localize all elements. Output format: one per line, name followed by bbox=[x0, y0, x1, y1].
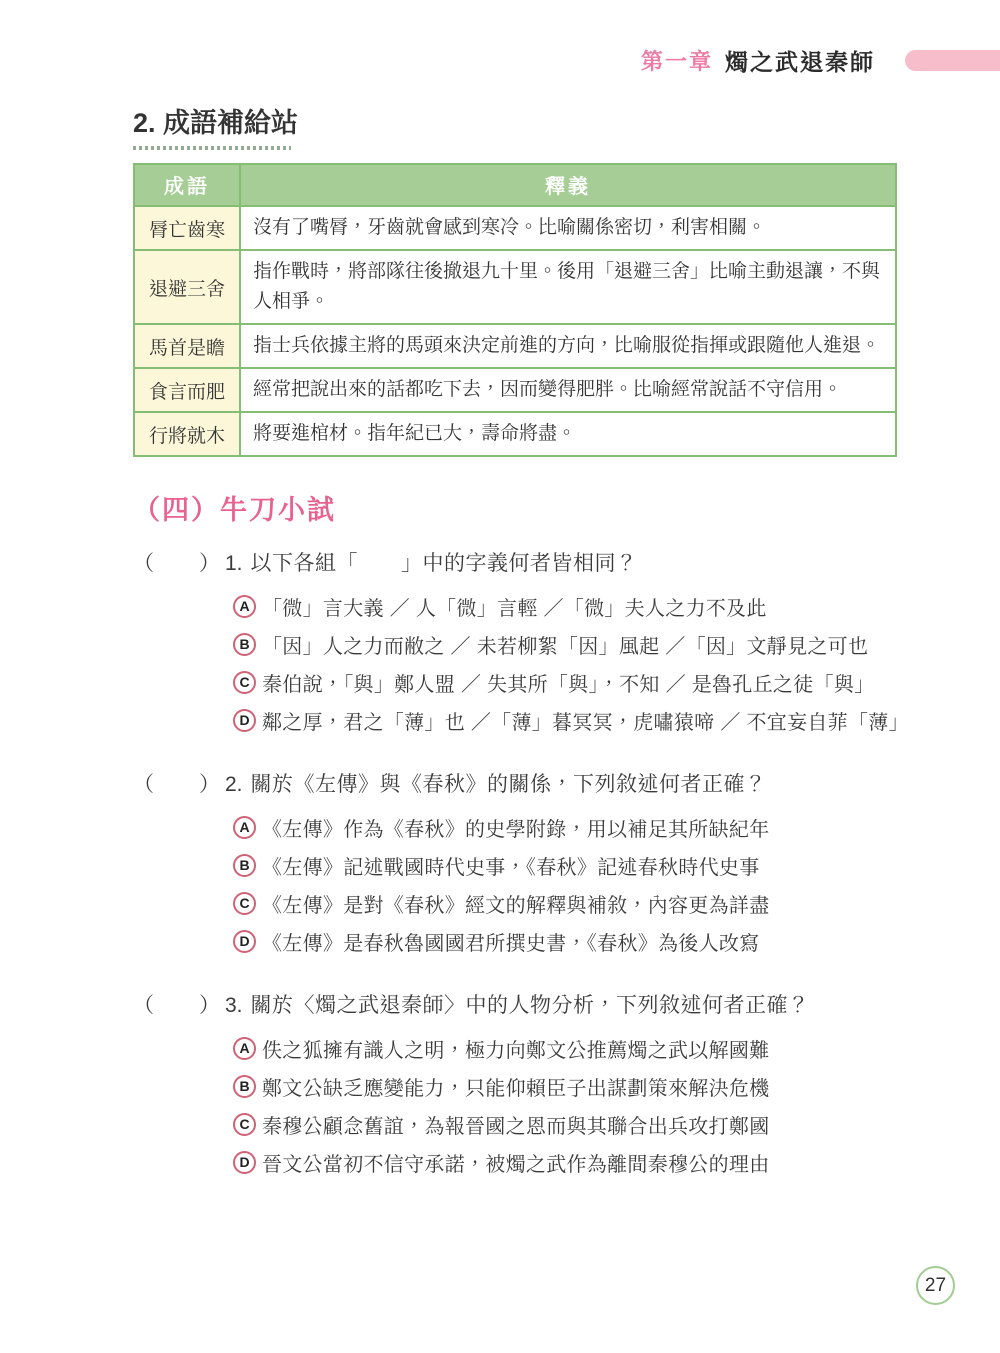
answer-blank: （ ） bbox=[133, 768, 221, 798]
question-stem: 關於〈燭之武退秦師〉中的人物分析，下列敘述何者正確？ bbox=[251, 989, 810, 1019]
option-a: A 佚之狐擁有識人之明，極力向鄭文公推薦燭之武以解國難 bbox=[233, 1029, 897, 1067]
option-letter-badge: D bbox=[233, 930, 256, 953]
option-list: A 「微」言大義 ／ 人「微」言輕 ／「微」夫人之力不及此 B 「因」人之力而敝… bbox=[233, 587, 897, 739]
option-text: 《左傳》是春秋魯國國君所撰史書，《春秋》為後人改寫 bbox=[262, 927, 760, 956]
table-row: 馬首是瞻 指士兵依據主將的馬頭來決定前進的方向，比喻服從指揮或跟隨他人進退。 bbox=[134, 324, 896, 368]
idiom-cell: 脣亡齒寒 bbox=[134, 206, 240, 250]
idiom-table: 成語 釋義 脣亡齒寒 沒有了嘴脣，牙齒就會感到寒冷。比喻關係密切，利害相關。 退… bbox=[133, 163, 897, 457]
question-stem: 關於《左傳》與《春秋》的關係，下列敘述何者正確？ bbox=[251, 768, 767, 798]
option-c: C 秦伯說，「與」鄭人盟 ／ 失其所「與」，不知 ／ 是魯孔丘之徒「與」 bbox=[233, 663, 897, 701]
option-letter-badge: D bbox=[233, 709, 256, 732]
question-number: 2. bbox=[225, 773, 243, 797]
option-text: 鄭文公缺乏應變能力，只能仰賴臣子出謀劃策來解決危機 bbox=[262, 1072, 770, 1101]
option-text: 秦伯說，「與」鄭人盟 ／ 失其所「與」，不知 ／ 是魯孔丘之徒「與」 bbox=[262, 668, 874, 697]
option-letter-badge: B bbox=[233, 633, 256, 656]
option-letter-badge: B bbox=[233, 854, 256, 877]
idiom-cell: 行將就木 bbox=[134, 412, 240, 456]
option-text: 「因」人之力而敝之 ／ 未若柳絮「因」風起 ／「因」文靜見之可也 bbox=[262, 630, 868, 659]
section-title-idioms: 2. 成語補給站 bbox=[133, 106, 897, 141]
quiz-section-title: （四）牛刀小試 bbox=[133, 488, 897, 527]
option-text: 《左傳》是對《春秋》經文的解釋與補敘，內容更為詳盡 bbox=[262, 889, 770, 918]
table-header-idiom: 成語 bbox=[134, 164, 240, 206]
question-number: 1. bbox=[225, 552, 243, 576]
answer-blank: （ ） bbox=[133, 989, 221, 1019]
question-1: （ ） 1. 以下各組「 」中的字義何者皆相同？ A 「微」言大義 ／ 人「微」… bbox=[133, 547, 897, 739]
meaning-cell: 將要進棺材。指年紀已大，壽命將盡。 bbox=[240, 412, 896, 456]
idiom-cell: 退避三舍 bbox=[134, 250, 240, 324]
table-row: 退避三舍 指作戰時，將部隊往後撤退九十里。後用「退避三舍」比喻主動退讓，不與人相… bbox=[134, 250, 896, 324]
table-row: 脣亡齒寒 沒有了嘴脣，牙齒就會感到寒冷。比喻關係密切，利害相關。 bbox=[134, 206, 896, 250]
page-number: 27 bbox=[925, 1275, 946, 1297]
header-accent-bar bbox=[905, 50, 1000, 71]
option-d: D 晉文公當初不信守承諾，被燭之武作為離間秦穆公的理由 bbox=[233, 1143, 897, 1181]
option-d: D 《左傳》是春秋魯國國君所撰史書，《春秋》為後人改寫 bbox=[233, 922, 897, 960]
chapter-title: 燭之武退秦師 bbox=[725, 44, 875, 77]
main-content: 2. 成語補給站 成語 釋義 脣亡齒寒 沒有了嘴脣，牙齒就會感到寒冷。比喻關係密… bbox=[133, 106, 897, 1210]
question-line: （ ） 2. 關於《左傳》與《春秋》的關係，下列敘述何者正確？ bbox=[133, 768, 897, 798]
meaning-cell: 指士兵依據主將的馬頭來決定前進的方向，比喻服從指揮或跟隨他人進退。 bbox=[240, 324, 896, 368]
option-letter-badge: A bbox=[233, 1037, 256, 1060]
option-a: A 「微」言大義 ／ 人「微」言輕 ／「微」夫人之力不及此 bbox=[233, 587, 897, 625]
option-letter-badge: C bbox=[233, 1113, 256, 1136]
option-letter-badge: C bbox=[233, 671, 256, 694]
option-text: 鄰之厚，君之「薄」也 ／「薄」暮冥冥，虎嘯猿啼 ／ 不宜妄自菲「薄」 bbox=[262, 706, 909, 735]
option-text: 「微」言大義 ／ 人「微」言輕 ／「微」夫人之力不及此 bbox=[262, 592, 767, 621]
option-letter-badge: B bbox=[233, 1075, 256, 1098]
table-row: 食言而肥 經常把說出來的話都吃下去，因而變得肥胖。比喻經常說話不守信用。 bbox=[134, 368, 896, 412]
option-list: A 佚之狐擁有識人之明，極力向鄭文公推薦燭之武以解國難 B 鄭文公缺乏應變能力，… bbox=[233, 1029, 897, 1181]
option-b: B 《左傳》記述戰國時代史事，《春秋》記述春秋時代史事 bbox=[233, 846, 897, 884]
option-list: A 《左傳》作為《春秋》的史學附錄，用以補足其所缺紀年 B 《左傳》記述戰國時代… bbox=[233, 808, 897, 960]
option-letter-badge: C bbox=[233, 892, 256, 915]
option-letter-badge: A bbox=[233, 816, 256, 839]
option-c: C 《左傳》是對《春秋》經文的解釋與補敘，內容更為詳盡 bbox=[233, 884, 897, 922]
idiom-cell: 馬首是瞻 bbox=[134, 324, 240, 368]
option-text: 《左傳》記述戰國時代史事，《春秋》記述春秋時代史事 bbox=[262, 851, 760, 880]
question-line: （ ） 3. 關於〈燭之武退秦師〉中的人物分析，下列敘述何者正確？ bbox=[133, 989, 897, 1019]
question-stem: 以下各組「 」中的字義何者皆相同？ bbox=[251, 547, 638, 577]
meaning-cell: 指作戰時，將部隊往後撤退九十里。後用「退避三舍」比喻主動退讓，不與人相爭。 bbox=[240, 250, 896, 324]
chapter-header: 第一章 燭之武退秦師 bbox=[0, 44, 1000, 77]
option-b: B 「因」人之力而敝之 ／ 未若柳絮「因」風起 ／「因」文靜見之可也 bbox=[233, 625, 897, 663]
table-header-row: 成語 釋義 bbox=[134, 164, 896, 206]
option-c: C 秦穆公顧念舊誼，為報晉國之恩而與其聯合出兵攻打鄭國 bbox=[233, 1105, 897, 1143]
idiom-cell: 食言而肥 bbox=[134, 368, 240, 412]
table-header-meaning: 釋義 bbox=[240, 164, 896, 206]
chapter-label: 第一章 bbox=[641, 45, 713, 76]
question-line: （ ） 1. 以下各組「 」中的字義何者皆相同？ bbox=[133, 547, 897, 577]
option-text: 佚之狐擁有識人之明，極力向鄭文公推薦燭之武以解國難 bbox=[262, 1034, 770, 1063]
meaning-cell: 沒有了嘴脣，牙齒就會感到寒冷。比喻關係密切，利害相關。 bbox=[240, 206, 896, 250]
textbook-page: 第一章 燭之武退秦師 2. 成語補給站 成語 釋義 脣亡齒寒 沒有了嘴脣，牙齒就… bbox=[0, 0, 1000, 1353]
option-a: A 《左傳》作為《春秋》的史學附錄，用以補足其所缺紀年 bbox=[233, 808, 897, 846]
option-letter-badge: D bbox=[233, 1151, 256, 1174]
option-text: 《左傳》作為《春秋》的史學附錄，用以補足其所缺紀年 bbox=[262, 813, 770, 842]
table-row: 行將就木 將要進棺材。指年紀已大，壽命將盡。 bbox=[134, 412, 896, 456]
meaning-cell: 經常把說出來的話都吃下去，因而變得肥胖。比喻經常說話不守信用。 bbox=[240, 368, 896, 412]
option-text: 秦穆公顧念舊誼，為報晉國之恩而與其聯合出兵攻打鄭國 bbox=[262, 1110, 770, 1139]
page-number-badge: 27 bbox=[916, 1266, 955, 1305]
option-text: 晉文公當初不信守承諾，被燭之武作為離間秦穆公的理由 bbox=[262, 1148, 770, 1177]
question-2: （ ） 2. 關於《左傳》與《春秋》的關係，下列敘述何者正確？ A 《左傳》作為… bbox=[133, 768, 897, 960]
answer-blank: （ ） bbox=[133, 547, 221, 577]
question-number: 3. bbox=[225, 994, 243, 1018]
question-3: （ ） 3. 關於〈燭之武退秦師〉中的人物分析，下列敘述何者正確？ A 佚之狐擁… bbox=[133, 989, 897, 1181]
option-b: B 鄭文公缺乏應變能力，只能仰賴臣子出謀劃策來解決危機 bbox=[233, 1067, 897, 1105]
option-letter-badge: A bbox=[233, 595, 256, 618]
section-title-dotted-underline bbox=[133, 146, 291, 150]
option-d: D 鄰之厚，君之「薄」也 ／「薄」暮冥冥，虎嘯猿啼 ／ 不宜妄自菲「薄」 bbox=[233, 701, 897, 739]
